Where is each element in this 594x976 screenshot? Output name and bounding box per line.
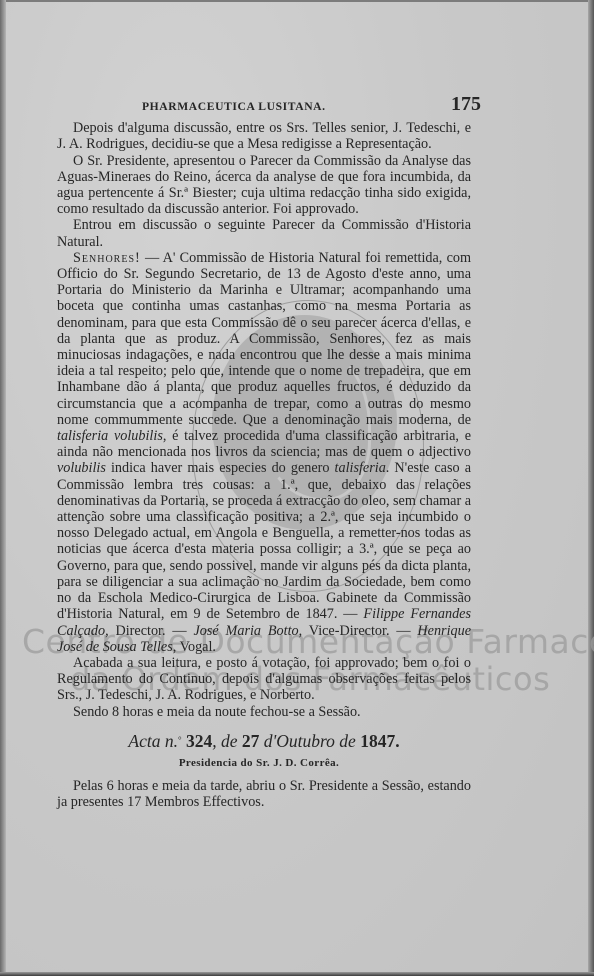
presidency-line: Presidencia do Sr. J. D. Corrêa. [47, 755, 471, 771]
species-name: talisferia volubilis [57, 428, 163, 444]
page-edge-top [0, 0, 594, 2]
signatory-vice-director: José Maria Botto [193, 623, 298, 639]
paragraph-aguas-mineraes: O Sr. Presidente, apresentou o Parecer d… [57, 153, 471, 218]
scanned-page: Centro de Documentação Farmacêutica da O… [0, 0, 594, 976]
page-edge-bottom [0, 972, 594, 976]
running-header: PHARMACEUTICA LUSITANA. 175 [57, 96, 471, 115]
acta-heading: Acta n.° 324, de 27 d'Outubro de 1847. [57, 732, 471, 749]
paragraph-abriu-sessao: Pelas 6 horas e meia da tarde, abriu o S… [57, 778, 471, 810]
page-edge-right [588, 0, 594, 976]
running-title: PHARMACEUTICA LUSITANA. [142, 99, 326, 115]
paragraph-representacao: Depois d'alguma discussão, entre os Srs.… [57, 120, 471, 152]
species-epithet: volubilis [57, 460, 106, 476]
page-text: PHARMACEUTICA LUSITANA. 175 Depois d'alg… [57, 96, 471, 811]
salutation: Senhores! [73, 250, 141, 266]
genus-name: talisferia [335, 460, 386, 476]
paragraph-entrou-discussao: Entrou em discussão o seguinte Parecer d… [57, 217, 471, 249]
page-edge-left [0, 0, 6, 976]
paragraph-parecer-historia-natural: Senhores! — A' Commissão de Historia Nat… [57, 250, 471, 655]
page-number: 175 [451, 96, 481, 112]
paragraph-approvado: Acabada a sua leitura, e posto á votação… [57, 655, 471, 704]
paragraph-fechou-sessao: Sendo 8 horas e meia da noute fechou-se … [57, 704, 471, 720]
